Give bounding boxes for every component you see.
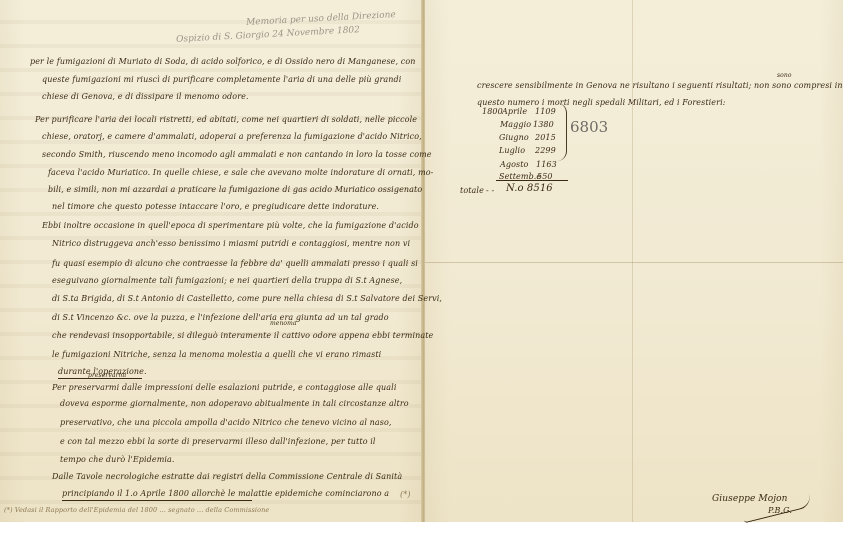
body-line: Ebbi inoltre occasione in quell'epoca di… bbox=[42, 221, 419, 230]
footnote-marker: (*) bbox=[400, 490, 411, 499]
body-line: questo numero i morti negli spedali Mili… bbox=[477, 98, 726, 107]
total-value: N.o 8516 bbox=[506, 183, 553, 194]
table-month: Maggio bbox=[500, 120, 531, 129]
paper-fold-vertical bbox=[632, 0, 633, 522]
body-line: che rendevasi insopportabile, si dileguò… bbox=[52, 331, 433, 340]
pencil-subtotal: 6803 bbox=[570, 118, 608, 136]
body-line: preservativo, che una piccola ampolla d'… bbox=[60, 418, 392, 427]
manuscript-sheet: Memoria per uso della Direzione Ospizio … bbox=[0, 0, 850, 522]
body-line: doveva esporme giornalmente, non adopera… bbox=[60, 399, 409, 408]
body-line: Per preservarmi dalle impressioni delle … bbox=[52, 383, 397, 392]
body-line: e con tal mezzo ebbi la sorte di preserv… bbox=[60, 437, 376, 446]
underline bbox=[62, 500, 252, 501]
body-line: le fumigazioni Nitriche, senza la menoma… bbox=[52, 350, 381, 359]
table-year: 1800 bbox=[482, 107, 503, 116]
footnote-faded: (*) Vedasi il Rapporto dell'Epidemia del… bbox=[4, 506, 269, 514]
body-line: di S.t Vincenzo &c. ove la puzza, e l'in… bbox=[52, 313, 389, 322]
body-line: fu quasi esempio di alcuno che contraess… bbox=[52, 259, 418, 268]
table-deaths: 2299 bbox=[535, 146, 556, 155]
body-line: bili, e simili, non mi azzardai a pratic… bbox=[48, 185, 422, 194]
interlinear-correction: menoma bbox=[270, 320, 297, 327]
body-line: faceva l'acido Muriatico. In quelle chie… bbox=[48, 168, 433, 177]
paper-fold-horizontal bbox=[425, 262, 845, 263]
body-line: per le fumigazioni di Muriato di Soda, d… bbox=[30, 57, 416, 66]
interlinear-insert: sono bbox=[777, 72, 792, 79]
total-label: totale bbox=[460, 186, 484, 195]
body-line: di S.ta Brigida, di S.t Antonio di Caste… bbox=[52, 294, 442, 303]
body-line: crescere sensibilmente in Genova ne risu… bbox=[477, 81, 843, 90]
total-dashes: - - bbox=[486, 186, 494, 195]
table-month: Agosto bbox=[500, 160, 528, 169]
body-line: eseguivano giornalmente tali fumigazioni… bbox=[52, 276, 402, 285]
body-line: queste fumigazioni mi riuscì di purifica… bbox=[42, 75, 401, 84]
table-month: Luglio bbox=[499, 146, 525, 155]
total-rule bbox=[496, 180, 568, 181]
body-line: secondo Smith, riuscendo meno incomodo a… bbox=[42, 150, 432, 159]
table-deaths: 1163 bbox=[536, 160, 557, 169]
interlinear-correction: preservarmi bbox=[88, 372, 126, 379]
body-line: principiando il 1.o Aprile 1800 allorchè… bbox=[62, 489, 389, 498]
bracket-brace bbox=[556, 103, 567, 161]
body-line: chiese di Genova, e di dissipare il meno… bbox=[42, 92, 249, 101]
table-deaths: 1109 bbox=[535, 107, 556, 116]
scan-margin bbox=[843, 0, 850, 522]
table-deaths: 1380 bbox=[533, 120, 554, 129]
body-line: chiese, oratorj, e camere d'ammalati, ad… bbox=[42, 132, 422, 141]
body-line: nel timore che questo potesse intaccare … bbox=[52, 202, 379, 211]
table-month: Giugno bbox=[499, 133, 529, 142]
body-line: Dalle Tavole necrologiche estratte dai r… bbox=[52, 472, 402, 481]
table-deaths: 2015 bbox=[535, 133, 556, 142]
body-line: Nitrico distruggeva anch'esso benissimo … bbox=[52, 239, 410, 248]
body-line: tempo che durò l'Epidemia. bbox=[60, 455, 175, 464]
body-line: Per purificare l'aria dei locali ristret… bbox=[35, 115, 417, 124]
table-month: Aprile bbox=[502, 107, 527, 116]
